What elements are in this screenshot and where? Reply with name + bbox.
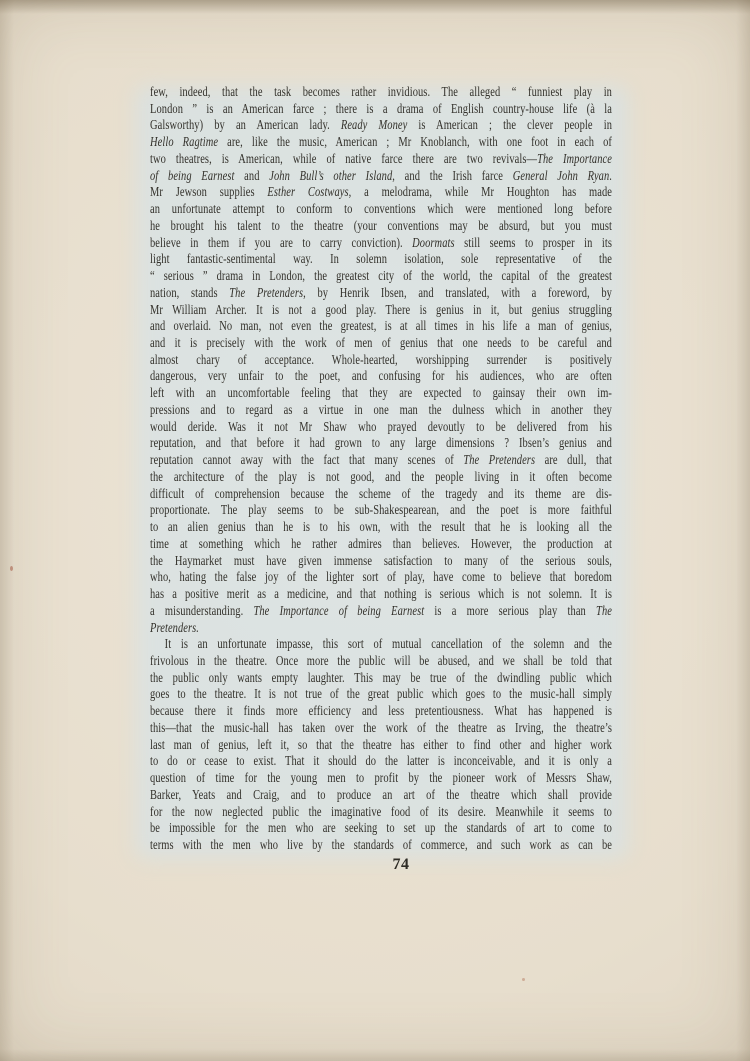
text-line: time at something which he rather admire… [150,536,612,553]
text-line: reputation cannot away with the fact tha… [150,452,612,469]
body-text: Mr William Archer. It is not a good play… [150,302,612,317]
body-text: nation, stands [150,285,229,300]
body-text: left with an uncomfortable feeling that … [150,385,612,400]
body-text: to an alien genius than he is to his own… [150,519,612,534]
body-text: for the now neglected public the imagina… [150,804,612,819]
text-line: of being Earnest and John Bull’s other I… [150,168,612,185]
body-text: an unfortunate attempt to conform to con… [150,201,612,216]
text-line: believe in them if you are to carry conv… [150,235,612,252]
body-text: is a more serious play than [424,603,596,618]
italic-title-text: Hello Ragtime [150,134,218,149]
text-line: almost chary of acceptance. Whole-hearte… [150,352,612,369]
body-text: is American ; the clever people in [407,117,612,132]
body-text: still seems to prosper in its [455,235,612,250]
paper-speck [10,566,13,571]
text-line: the architecture of the play is not good… [150,469,612,486]
paragraph: few, indeed, that the task becomes rathe… [150,84,612,636]
body-text: reputation, and that before it had grown… [150,435,612,450]
text-line: be impossible for the men who are seekin… [150,820,612,837]
text-line: because there it finds more efficiency a… [150,703,612,720]
text-line: Barker, Yeats and Craig, and to produce … [150,787,612,804]
text-line: Galsworthy) by an American lady. Ready M… [150,117,612,134]
body-text: the public only wants empty laughter. Th… [150,670,612,685]
text-line: for the now neglected public the imagina… [150,804,612,821]
body-text: Galsworthy) by an American lady. [150,117,341,132]
body-text: reputation cannot away with the fact tha… [150,452,463,467]
italic-title-text: Esther Costways [267,184,348,199]
text-line: two theatres, is American, while of nati… [150,151,612,168]
body-text: difficult of comprehension because the s… [150,486,612,501]
italic-title-text: Doormats [412,235,454,250]
body-text: believe in them if you are to carry conv… [150,235,412,250]
text-line: the Haymarket must have given immense sa… [150,553,612,570]
body-text: last man of genius, left it, so that the… [150,737,612,752]
body-text: Mr Jewson supplies [150,184,267,199]
text-line: Pretenders. [150,620,612,637]
body-text: and [234,168,269,183]
body-text: Barker, Yeats and Craig, and to produce … [150,787,612,802]
body-text: London ” is an American farce ; there is… [150,101,612,116]
italic-title-text: of being Earnest [150,168,234,183]
italic-title-text: The Pretenders [463,452,535,467]
text-line: reputation, and that before it had grown… [150,435,612,452]
text-line: has a positive merit as a medicine, and … [150,586,612,603]
body-text: and overlaid. No man, not even the great… [150,318,612,333]
body-text: light fantastic-sentimental way. In sole… [150,251,612,266]
text-line: terms with the men who live by the stand… [150,837,612,854]
body-text: , by Henrik Ibsen, and translated, with … [303,285,612,300]
text-line: difficult of comprehension because the s… [150,486,612,503]
text-line: and it is precisely with the work of men… [150,335,612,352]
body-text: are, like the music, American ; Mr Knobl… [218,134,612,149]
body-text: dangerous, very unfair to the poet, and … [150,368,612,383]
body-text: and it is precisely with the work of men… [150,335,612,350]
text-line: frivolous in the theatre. Once more the … [150,653,612,670]
italic-title-text: The Pretenders [229,285,303,300]
text-line: Hello Ragtime are, like the music, Ameri… [150,134,612,151]
text-line: Mr Jewson supplies Esther Costways, a me… [150,184,612,201]
text-line: nation, stands The Pretenders, by Henrik… [150,285,612,302]
body-text: has a positive merit as a medicine, and … [150,586,612,601]
body-text: be impossible for the men who are seekin… [150,820,612,835]
text-line: question of time for the young men to pr… [150,770,612,787]
italic-title-text: The Importance of being Earnest [253,603,424,618]
body-text: who, hating the false joy of the lighter… [150,569,612,584]
text-line: an unfortunate attempt to conform to con… [150,201,612,218]
italic-title-text: The [596,603,612,618]
text-line: Mr William Archer. It is not a good play… [150,302,612,319]
body-text: are dull, that [535,452,612,467]
text-line: he brought his talent to the theatre (yo… [150,218,612,235]
text-line: goes to the theatre. It is not true of t… [150,686,612,703]
text-block: few, indeed, that the task becomes rathe… [150,84,612,854]
body-text: goes to the theatre. It is not true of t… [150,686,612,701]
italic-title-text: The Importance [537,151,612,166]
text-line: London ” is an American farce ; there is… [150,101,612,118]
body-text: almost chary of acceptance. Whole-hearte… [150,352,612,367]
body-text: few, indeed, that the task becomes rathe… [150,84,612,99]
body-text: , a melodrama, while Mr Houghton has mad… [349,184,612,199]
body-text: “ serious ” drama in London, the greates… [150,268,612,283]
body-text: two theatres, is American, while of nati… [150,151,537,166]
text-line: few, indeed, that the task becomes rathe… [150,84,612,101]
text-line: It is an unfortunate impasse, this sort … [150,636,612,653]
text-line: last man of genius, left it, so that the… [150,737,612,754]
body-text: time at something which he rather admire… [150,536,612,551]
text-line: a misunderstanding. The Importance of be… [150,603,612,620]
body-text: . [609,168,612,183]
text-line: this—that the music-hall has taken over … [150,720,612,737]
text-line: light fantastic-sentimental way. In sole… [150,251,612,268]
body-text: the Haymarket must have given immense sa… [150,553,612,568]
body-text: would deride. Was it not Mr Shaw who pra… [150,419,612,434]
page-number: 74 [170,856,632,874]
body-text: he brought his talent to the theatre (yo… [150,218,612,233]
body-text: to do or cease to exist. That it should … [150,753,612,768]
text-line: to do or cease to exist. That it should … [150,753,612,770]
text-line: “ serious ” drama in London, the greates… [150,268,612,285]
body-text: question of time for the young men to pr… [150,770,612,785]
body-text: It is an unfortunate impasse, this sort … [165,636,612,651]
text-line: to an alien genius than he is to his own… [150,519,612,536]
italic-title-text: General John Ryan [513,168,610,183]
body-text: terms with the men who live by the stand… [150,837,612,852]
body-text: because there it finds more efficiency a… [150,703,612,718]
text-line: the public only wants empty laughter. Th… [150,670,612,687]
text-line: proportionate. The play seems to be sub-… [150,502,612,519]
body-text: a misunderstanding. [150,603,253,618]
body-text: proportionate. The play seems to be sub-… [150,502,612,517]
text-line: would deride. Was it not Mr Shaw who pra… [150,419,612,436]
italic-title-text: Ready Money [341,117,407,132]
body-text: the architecture of the play is not good… [150,469,612,484]
italic-title-text: John Bull’s other Island [269,168,392,183]
text-line: left with an uncomfortable feeling that … [150,385,612,402]
paragraph: It is an unfortunate impasse, this sort … [150,636,612,854]
italic-title-text: Pretenders. [150,620,199,635]
body-text: frivolous in the theatre. Once more the … [150,653,612,668]
text-line: dangerous, very unfair to the poet, and … [150,368,612,385]
text-line: pressions and to regard as a virtue in o… [150,402,612,419]
paper-speck [522,978,525,981]
text-line: and overlaid. No man, not even the great… [150,318,612,335]
body-text: this—that the music-hall has taken over … [150,720,612,735]
body-text: , and the Irish farce [392,168,512,183]
body-text: pressions and to regard as a virtue in o… [150,402,612,417]
text-line: who, hating the false joy of the lighter… [150,569,612,586]
